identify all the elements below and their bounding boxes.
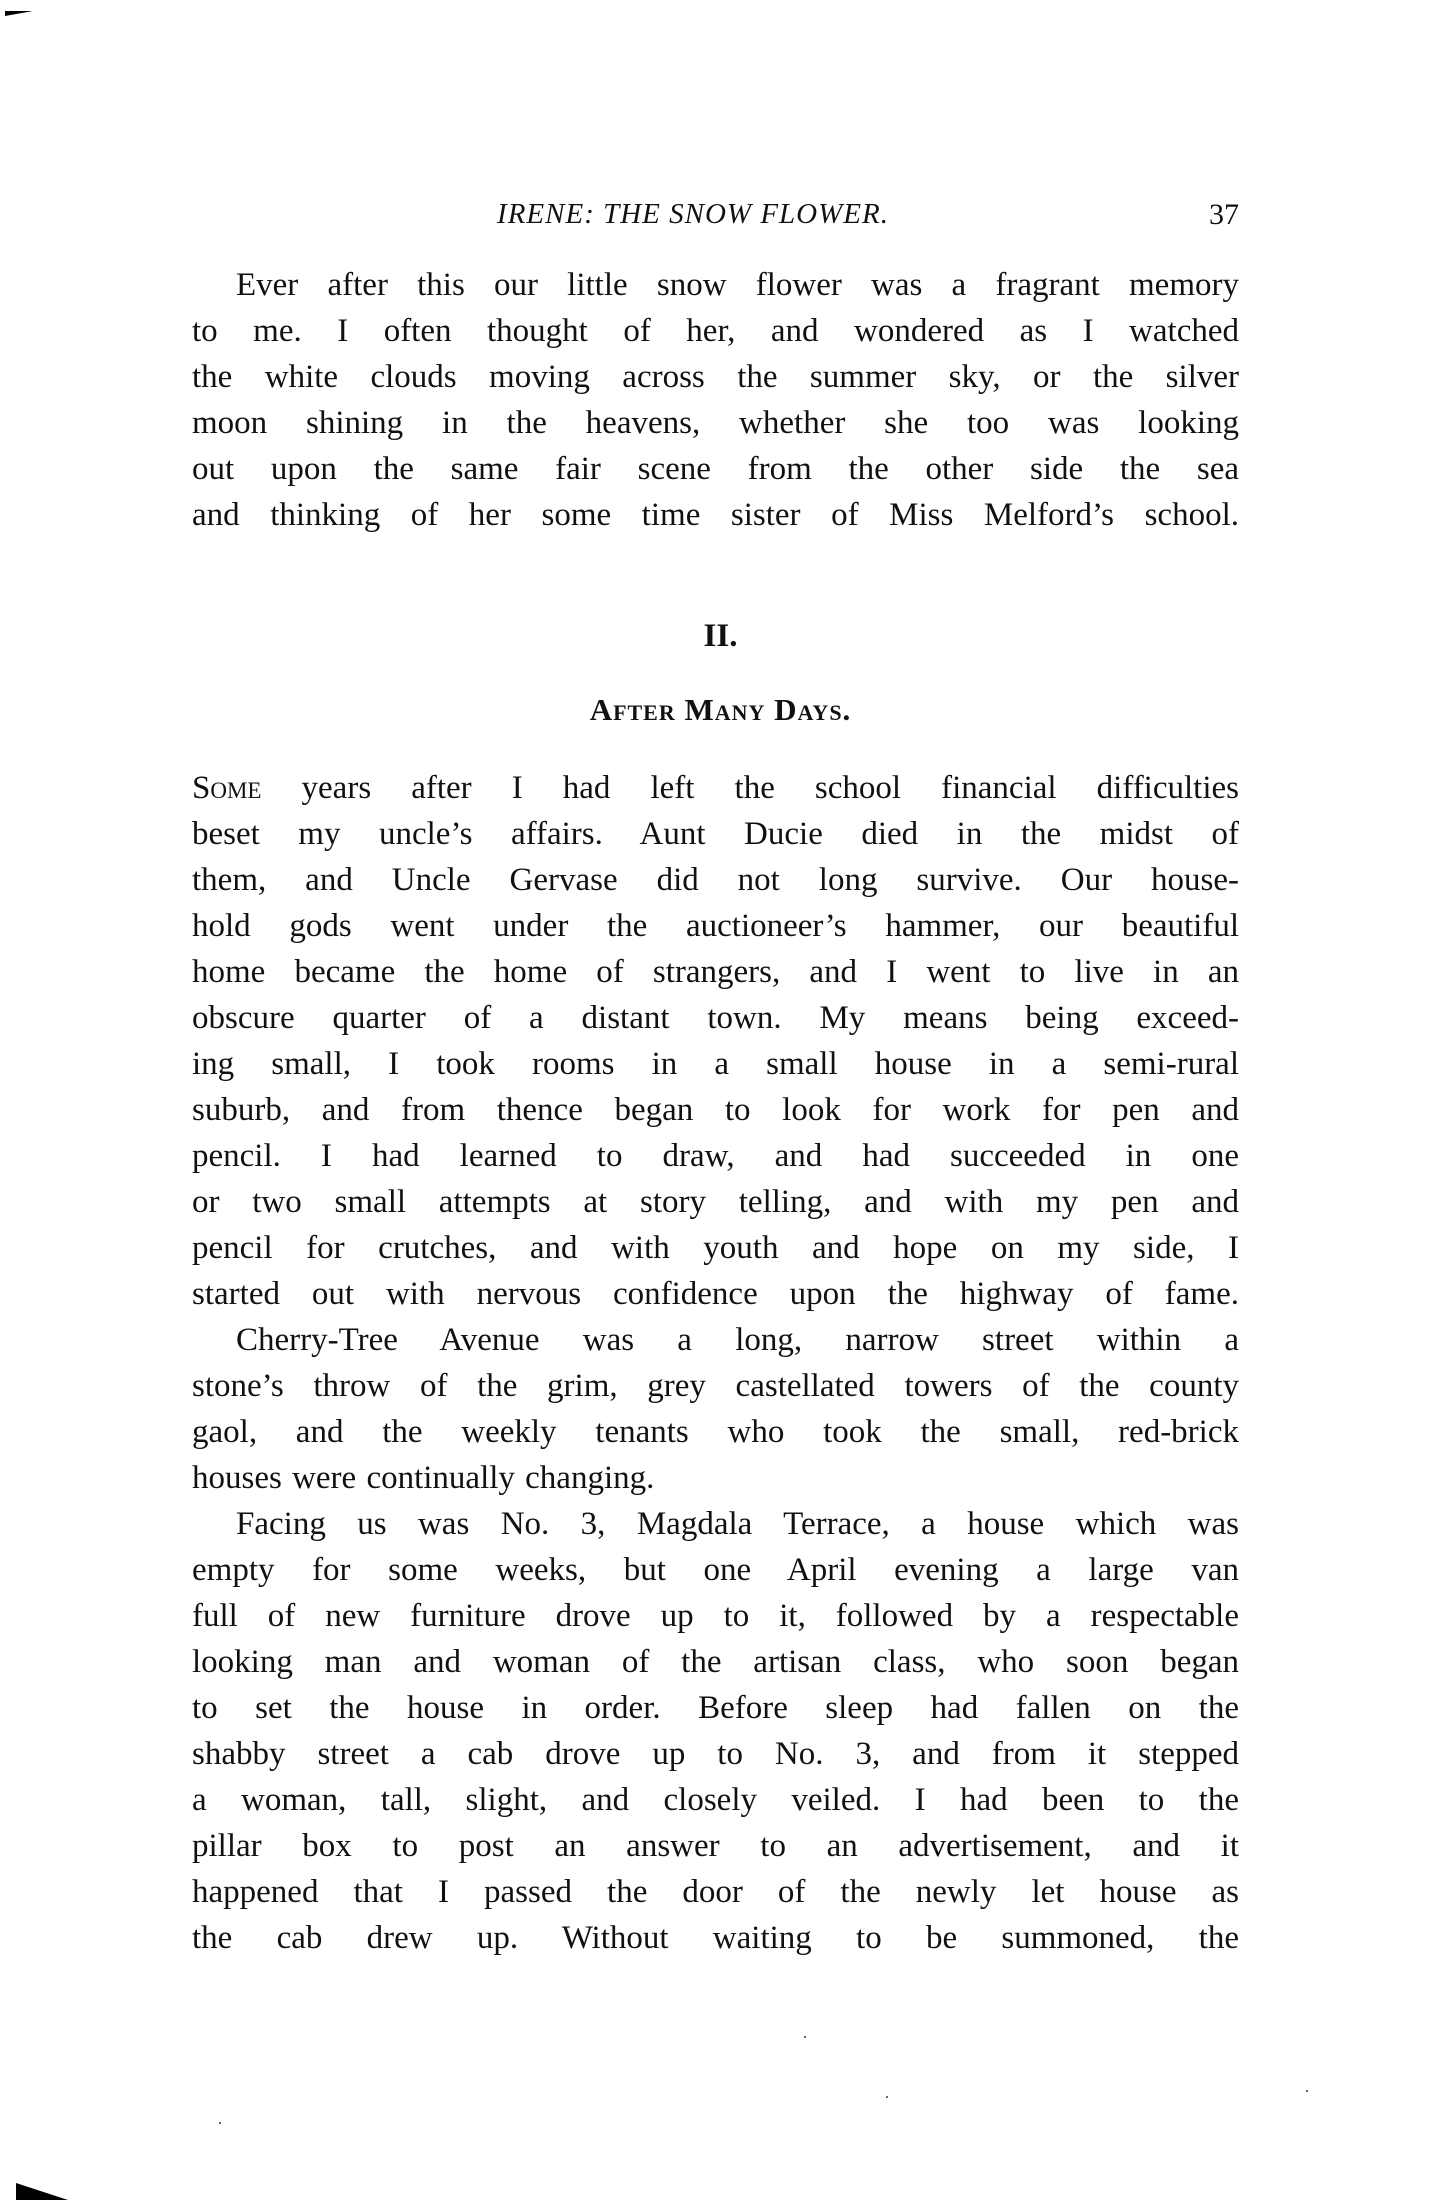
drop-word: Some	[192, 770, 261, 806]
section-title: After Many Days.	[0, 692, 1441, 728]
page-number: 37	[1209, 198, 1239, 232]
scan-speck	[804, 2036, 806, 2038]
text-line: them, and Uncle Gervase did not long sur…	[192, 860, 1239, 900]
text-line: houses were continually changing.	[192, 1458, 1239, 1498]
text-line: pencil. I had learned to draw, and had s…	[192, 1136, 1239, 1176]
text-line: obscure quarter of a distant town. My me…	[192, 998, 1239, 1038]
running-title: IRENE: THE SNOW FLOWER.	[187, 198, 1239, 231]
scan-speck	[219, 2122, 221, 2124]
text-line: beset my uncle’s affairs. Aunt Ducie die…	[192, 814, 1239, 854]
text-line: gaol, and the weekly tenants who took th…	[192, 1412, 1239, 1452]
text-line: Some years after I had left the school f…	[192, 768, 1239, 808]
text-line: pillar box to post an answer to an adver…	[192, 1826, 1239, 1866]
section-number: II.	[0, 618, 1441, 655]
text-line: the cab drew up. Without waiting to be s…	[192, 1918, 1239, 1958]
text-line: pencil for crutches, and with youth and …	[192, 1228, 1239, 1268]
scan-edge-mark	[16, 2183, 68, 2200]
text-line: hold gods went under the auctioneer’s ha…	[192, 906, 1239, 946]
text-line: full of new furniture drove up to it, fo…	[192, 1596, 1239, 1636]
text-line: a woman, tall, slight, and closely veile…	[192, 1780, 1239, 1820]
text-line: looking man and woman of the artisan cla…	[192, 1642, 1239, 1682]
text-line: Facing us was No. 3, Magdala Terrace, a …	[236, 1504, 1239, 1544]
text-line: shabby street a cab drove up to No. 3, a…	[192, 1734, 1239, 1774]
text-line: the white clouds moving across the summe…	[192, 357, 1239, 397]
scan-edge-mark	[5, 11, 33, 16]
scan-speck	[886, 2096, 888, 2098]
text-line: Cherry-Tree Avenue was a long, narrow st…	[236, 1320, 1239, 1360]
text-line: home became the home of strangers, and I…	[192, 952, 1239, 992]
text-line: moon shining in the heavens, whether she…	[192, 403, 1239, 443]
text-line: empty for some weeks, but one April even…	[192, 1550, 1239, 1590]
text-line: Ever after this our little snow flower w…	[236, 265, 1239, 305]
text-line: suburb, and from thence began to look fo…	[192, 1090, 1239, 1130]
scan-speck	[1306, 2090, 1308, 2092]
text-line: stone’s throw of the grim, grey castella…	[192, 1366, 1239, 1406]
text-line: or two small attempts at story telling, …	[192, 1182, 1239, 1222]
text-line: out upon the same fair scene from the ot…	[192, 449, 1239, 489]
text-line-rest: years after I had left the school financ…	[261, 770, 1239, 806]
text-line: happened that I passed the door of the n…	[192, 1872, 1239, 1912]
running-head: IRENE: THE SNOW FLOWER. 37	[187, 198, 1239, 238]
text-line: to set the house in order. Before sleep …	[192, 1688, 1239, 1728]
text-line: ing small, I took rooms in a small house…	[192, 1044, 1239, 1084]
text-line: started out with nervous confidence upon…	[192, 1274, 1239, 1314]
text-line: to me. I often thought of her, and wonde…	[192, 311, 1239, 351]
book-page: IRENE: THE SNOW FLOWER. 37 Ever after th…	[0, 0, 1441, 2200]
text-line: and thinking of her some time sister of …	[192, 495, 1239, 535]
